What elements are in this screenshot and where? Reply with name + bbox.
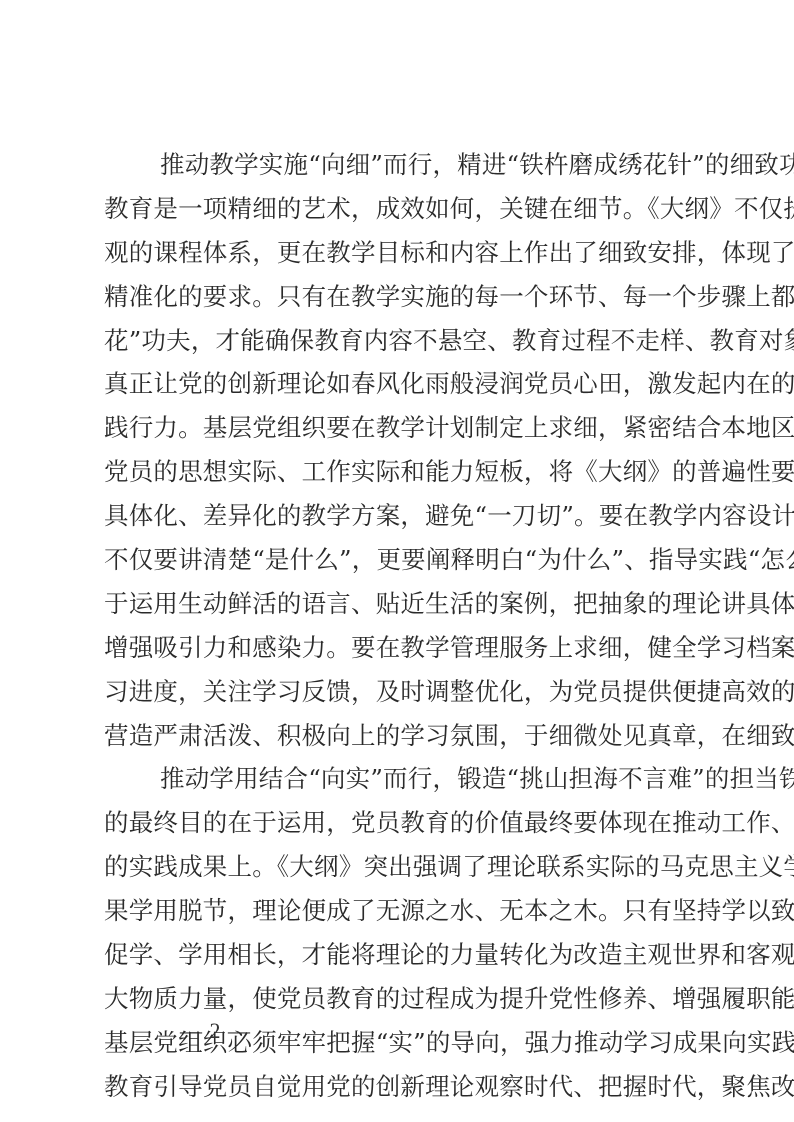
- text-line: 党员的思想实际、工作实际和能力短板，将《大纲》的普遍性要求转化为: [104, 450, 694, 494]
- text-line: 具体化、差异化的教学方案，避免“一刀切”。要在教学内容设计上求细，: [104, 494, 694, 538]
- document-page: 推动教学实施“向细”而行，精进“铁杵磨成绣花针”的细致功夫。党员 教育是一项精细…: [0, 0, 794, 1122]
- page-number: — 2 —: [180, 1018, 251, 1044]
- text-line: 习进度，关注学习反馈，及时调整优化，为党员提供便捷高效的学习支持，: [104, 670, 694, 714]
- text-line: 增强吸引力和感染力。要在教学管理服务上求细，健全学习档案，跟踪学: [104, 626, 694, 670]
- text-line: 精准化的要求。只有在教学实施的每一个环节、每一个步骤上都下足“绣: [104, 275, 694, 319]
- paragraph-study-application: 推动学用结合“向实”而行，锻造“挑山担海不言难”的担当铁肩。学习 的最终目的在于…: [104, 757, 694, 1108]
- text-line: 推动教学实施“向细”而行，精进“铁杵磨成绣花针”的细致功夫。党员: [104, 143, 694, 187]
- text-line: 践行力。基层党组织要在教学计划制定上求细，紧密结合本地区、本单位: [104, 406, 694, 450]
- text-line: 教育引导党员自觉用党的创新理论观察时代、把握时代，聚焦改革发展稳: [104, 1065, 694, 1109]
- text-line: 果学用脱节，理论便成了无源之水、无本之木。只有坚持学以致用、用以: [104, 889, 694, 933]
- text-line: 营造严肃活泼、积极向上的学习氛围，于细微处见真章，在细致中求实效。: [104, 714, 694, 758]
- body-text: 推动教学实施“向细”而行，精进“铁杵磨成绣花针”的细致功夫。党员 教育是一项精细…: [104, 143, 694, 1109]
- text-line: 教育是一项精细的艺术，成效如何，关键在细节。《大纲》不仅提供了宏: [104, 187, 694, 231]
- text-line: 促学、学用相长，才能将理论的力量转化为改造主观世界和客观世界的强: [104, 933, 694, 977]
- text-line: 大物质力量，使党员教育的过程成为提升党性修养、增强履职能力的过程。: [104, 977, 694, 1021]
- text-line: 花”功夫，才能确保教育内容不悬空、教育过程不走样、教育对象全覆盖，: [104, 319, 694, 363]
- text-line: 推动学用结合“向实”而行，锻造“挑山担海不言难”的担当铁肩。学习: [104, 757, 694, 801]
- text-line: 观的课程体系，更在教学目标和内容上作出了细致安排，体现了精细化、: [104, 231, 694, 275]
- text-line: 的最终目的在于运用，党员教育的价值最终要体现在推动工作、服务发展: [104, 801, 694, 845]
- text-line: 的实践成果上。《大纲》突出强调了理论联系实际的马克思主义学风，如: [104, 845, 694, 889]
- text-line: 真正让党的创新理论如春风化雨般浸润党员心田，激发起内在的认同感和: [104, 362, 694, 406]
- paragraph-teaching-refinement: 推动教学实施“向细”而行，精进“铁杵磨成绣花针”的细致功夫。党员 教育是一项精细…: [104, 143, 694, 757]
- text-line: 于运用生动鲜活的语言、贴近生活的案例，把抽象的理论讲具体、讲生动，: [104, 582, 694, 626]
- text-line: 不仅要讲清楚“是什么”，更要阐释明白“为什么”、指导实践“怎么办”，善: [104, 538, 694, 582]
